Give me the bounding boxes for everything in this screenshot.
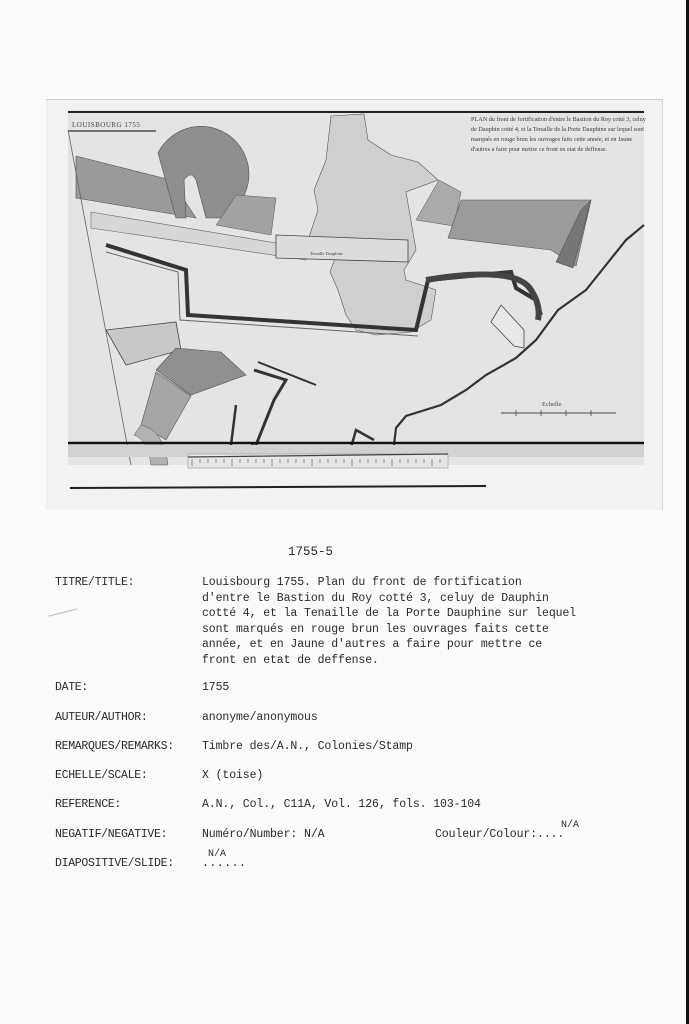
- value-author: anonyme/anonymous: [202, 710, 318, 726]
- title-line: d'entre le Bastion du Roy cotté 3, celuy…: [202, 591, 622, 607]
- fortification-plan-drawing: [46, 100, 662, 510]
- document-code: 1755-5: [288, 545, 333, 559]
- label-negative: NEGATIF/NEGATIVE:: [55, 828, 167, 841]
- map-scale-label: Echelle: [542, 401, 562, 408]
- label-author: AUTEUR/AUTHOR:: [55, 711, 147, 724]
- slide-dots: ......: [202, 857, 246, 870]
- value-date: 1755: [202, 680, 229, 696]
- label-slide: DIAPOSITIVE/SLIDE:: [55, 857, 174, 870]
- value-negative-number: Numéro/Number: N/A: [202, 827, 324, 843]
- label-remarks: REMARQUES/REMARKS:: [55, 740, 174, 753]
- title-line: sont marqués en rouge brun les ouvrages …: [202, 622, 622, 638]
- title-line: front en etat de deffense.: [202, 653, 622, 669]
- value-title: Louisbourg 1755. Plan du front de fortif…: [202, 575, 622, 668]
- map-title: LOUISBOURG 1755: [72, 121, 140, 129]
- title-line: Louisbourg 1755. Plan du front de fortif…: [202, 575, 622, 591]
- label-reference: REFERENCE:: [55, 798, 121, 811]
- pen-mark: [48, 608, 77, 616]
- label-title: TITRE/TITLE:: [55, 576, 134, 589]
- value-reference: A.N., Col., C11A, Vol. 126, fols. 103-10…: [202, 797, 481, 813]
- label-date: DATE:: [55, 681, 88, 694]
- label-colour: Couleur/Colour:....: [435, 827, 564, 843]
- value-remarks: Timbre des/A.N., Colonies/Stamp: [202, 739, 413, 755]
- title-line: cotté 4, et la Tenaille de la Porte Daup…: [202, 606, 622, 622]
- title-line: année, et en Jaune d'autres a faire pour…: [202, 637, 622, 653]
- label-scale: ECHELLE/SCALE:: [55, 769, 147, 782]
- value-colour: N/A: [561, 820, 579, 831]
- map-legend: PLAN du front de fortification d'entre l…: [471, 115, 646, 155]
- map-photograph: LOUISBOURG 1755 PLAN du front de fortifi…: [46, 99, 663, 510]
- value-scale: X (toise): [202, 768, 263, 784]
- map-label-tenaille: Tenaille Dauphine: [310, 251, 343, 256]
